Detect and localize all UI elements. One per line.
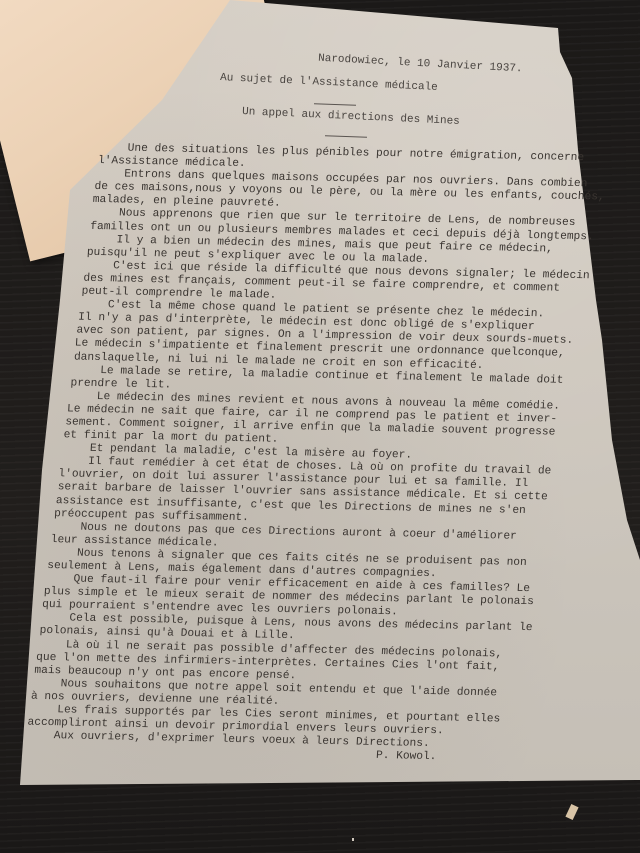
dust-speck	[352, 838, 354, 841]
letter-body: Une des situations les plus pénibles pou…	[66, 142, 607, 767]
